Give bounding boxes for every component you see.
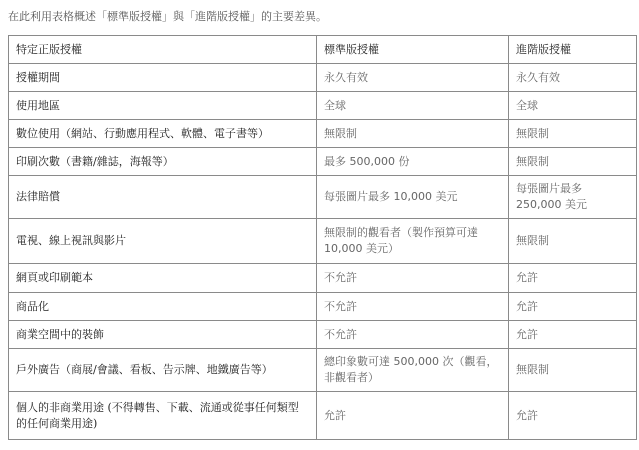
table-row: 網頁或印刷範本 不允許 允許 xyxy=(9,264,637,293)
feature-cell: 網頁或印刷範本 xyxy=(9,264,317,293)
standard-cell: 不允許 xyxy=(317,293,509,321)
standard-cell: 每張圖片最多 10,000 美元 xyxy=(317,176,509,219)
standard-cell: 無限制 xyxy=(317,120,509,148)
table-row: 戶外廣告（商展/會議、看板、告示牌、地鐵廣告等） 總印象數可達 500,000 … xyxy=(9,349,637,392)
enhanced-cell: 無限制 xyxy=(509,148,637,176)
table-row: 使用地區 全球 全球 xyxy=(9,92,637,120)
feature-cell: 數位使用（網站、行動應用程式、軟體、電子書等） xyxy=(9,120,317,148)
standard-cell: 不允許 xyxy=(317,321,509,349)
table-row: 商品化 不允許 允許 xyxy=(9,293,637,321)
standard-cell: 全球 xyxy=(317,92,509,120)
intro-text: 在此利用表格概述「標準版授權」與「進階版授權」的主要差異。 xyxy=(8,10,327,24)
enhanced-cell: 允許 xyxy=(509,293,637,321)
feature-cell: 商業空間中的裝飾 xyxy=(9,321,317,349)
table-header-row: 特定正版授權 標準版授權 進階版授權 xyxy=(9,36,637,64)
table-row: 個人的非商業用途 (不得轉售、下載、流通或從事任何類型的任何商業用途) 允許 允… xyxy=(9,392,637,440)
feature-cell: 授權期間 xyxy=(9,64,317,92)
enhanced-cell: 每張圖片最多 250,000 美元 xyxy=(509,176,637,219)
standard-cell: 允許 xyxy=(317,392,509,440)
standard-cell: 永久有效 xyxy=(317,64,509,92)
enhanced-cell: 無限制 xyxy=(509,219,637,264)
table-row: 印刷次數（書籍/雜誌，海報等） 最多 500,000 份 無限制 xyxy=(9,148,637,176)
feature-cell: 商品化 xyxy=(9,293,317,321)
standard-cell: 最多 500,000 份 xyxy=(317,148,509,176)
header-enhanced: 進階版授權 xyxy=(509,36,637,64)
enhanced-cell: 無限制 xyxy=(509,349,637,392)
enhanced-cell: 永久有效 xyxy=(509,64,637,92)
feature-cell: 法律賠償 xyxy=(9,176,317,219)
feature-cell: 使用地區 xyxy=(9,92,317,120)
license-comparison-table: 特定正版授權 標準版授權 進階版授權 授權期間 永久有效 永久有效 使用地區 全… xyxy=(8,35,637,440)
feature-cell: 印刷次數（書籍/雜誌，海報等） xyxy=(9,148,317,176)
feature-cell: 戶外廣告（商展/會議、看板、告示牌、地鐵廣告等） xyxy=(9,349,317,392)
table-row: 授權期間 永久有效 永久有效 xyxy=(9,64,637,92)
table-row: 商業空間中的裝飾 不允許 允許 xyxy=(9,321,637,349)
enhanced-cell: 允許 xyxy=(509,321,637,349)
feature-cell: 個人的非商業用途 (不得轉售、下載、流通或從事任何類型的任何商業用途) xyxy=(9,392,317,440)
enhanced-cell: 允許 xyxy=(509,264,637,293)
standard-cell: 無限制的觀看者（製作預算可達 10,000 美元） xyxy=(317,219,509,264)
table-row: 數位使用（網站、行動應用程式、軟體、電子書等） 無限制 無限制 xyxy=(9,120,637,148)
table-row: 法律賠償 每張圖片最多 10,000 美元 每張圖片最多 250,000 美元 xyxy=(9,176,637,219)
enhanced-cell: 全球 xyxy=(509,92,637,120)
table-row: 電視、線上視訊與影片 無限制的觀看者（製作預算可達 10,000 美元） 無限制 xyxy=(9,219,637,264)
header-feature: 特定正版授權 xyxy=(9,36,317,64)
enhanced-cell: 無限制 xyxy=(509,120,637,148)
enhanced-cell: 允許 xyxy=(509,392,637,440)
standard-cell: 不允許 xyxy=(317,264,509,293)
feature-cell: 電視、線上視訊與影片 xyxy=(9,219,317,264)
standard-cell: 總印象數可達 500,000 次（觀看，非觀看者） xyxy=(317,349,509,392)
header-standard: 標準版授權 xyxy=(317,36,509,64)
